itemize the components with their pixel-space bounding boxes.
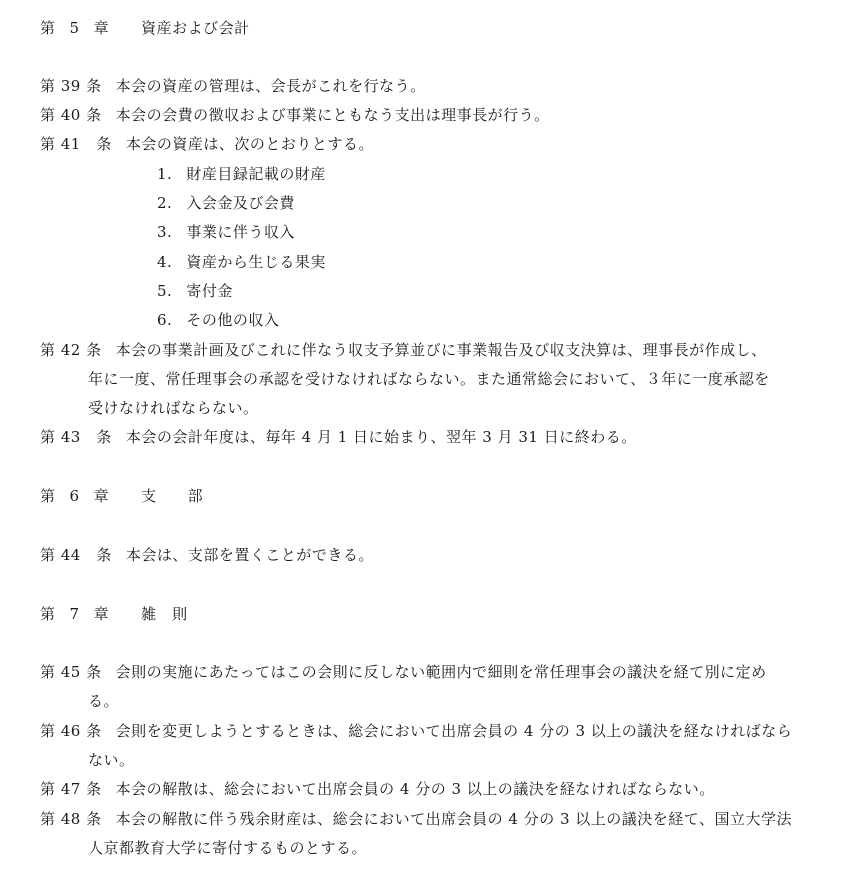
article-label: 第 41 条: [40, 135, 112, 153]
article-text: 本会の解散は、総会において出席会員の 4 分の 3 以上の議決を経なければならな…: [116, 780, 715, 798]
list-item-text: 寄付金: [186, 282, 233, 300]
article-label: 第 46 条: [40, 722, 102, 740]
article-label: 第 40 条: [40, 106, 102, 124]
list-item-text: その他の収入: [186, 311, 279, 329]
article-text: 本会の会計年度は、毎年 4 月 1 日に始まり、翌年 3 月 31 日に終わる。: [126, 428, 637, 446]
article-label: 第 39 条: [40, 77, 102, 95]
chapter-prefix: 第: [40, 605, 56, 623]
article-text-line: 受けなければならない。: [88, 399, 259, 417]
list-item-text: 資産から生じる果実: [186, 253, 326, 271]
article-42-continuation: 受けなければならない。: [88, 398, 259, 418]
list-item-number: 1.: [157, 164, 172, 184]
article-45-continuation: る。: [88, 691, 119, 711]
article-text-line: 本会の解散に伴う残余財産は、総会において出席会員の 4 分の 3 以上の議決を経…: [116, 810, 792, 828]
chapter-5-heading: 第5章資産および会計: [40, 18, 250, 38]
article-48-continuation: 人京都教育大学に寄付するものとする。: [88, 838, 367, 858]
chapter-number: 5: [70, 19, 80, 37]
article-label: 第 43 条: [40, 428, 112, 446]
chapter-suffix: 章: [94, 487, 110, 505]
list-item: 2.入会金及び会費: [157, 193, 295, 213]
article-text: 本会の資産の管理は、会長がこれを行なう。: [116, 77, 426, 95]
chapter-number: 6: [70, 487, 80, 505]
chapter-7-heading: 第7章雑 則: [40, 604, 188, 624]
article-47: 第 47 条本会の解散は、総会において出席会員の 4 分の 3 以上の議決を経な…: [40, 779, 715, 799]
chapter-title: 雑 則: [141, 605, 188, 623]
list-item-number: 6.: [157, 310, 172, 330]
list-item-number: 2.: [157, 193, 172, 213]
article-42: 第 42 条本会の事業計画及びこれに伴なう収支予算並びに事業報告及び収支決算は、…: [40, 340, 767, 360]
article-48: 第 48 条本会の解散に伴う残余財産は、総会において出席会員の 4 分の 3 以…: [40, 809, 792, 829]
list-item: 1.財産目録記載の財産: [157, 164, 326, 184]
article-label: 第 48 条: [40, 810, 102, 828]
chapter-suffix: 章: [94, 19, 110, 37]
list-item-text: 事業に伴う収入: [186, 223, 295, 241]
chapter-suffix: 章: [94, 605, 110, 623]
article-text-line: 年に一度、常任理事会の承認を受けなければならない。また通常総会において、３年に一…: [88, 370, 770, 388]
article-label: 第 47 条: [40, 780, 102, 798]
list-item: 6.その他の収入: [157, 310, 279, 330]
chapter-prefix: 第: [40, 19, 56, 37]
list-item-number: 5.: [157, 281, 172, 301]
article-text: 本会の会費の徴収および事業にともなう支出は理事長が行う。: [116, 106, 550, 124]
article-41: 第 41 条本会の資産は、次のとおりとする。: [40, 134, 374, 154]
article-label: 第 42 条: [40, 341, 102, 359]
list-item-number: 3.: [157, 222, 172, 242]
article-text-line: 人京都教育大学に寄付するものとする。: [88, 839, 367, 857]
article-text-line: 会則の実施にあたってはこの会則に反しない範囲内で細則を常任理事会の議決を経て別に…: [116, 663, 767, 681]
article-text: 本会は、支部を置くことができる。: [126, 546, 374, 564]
chapter-number: 7: [70, 605, 80, 623]
article-text-line: ない。: [88, 751, 135, 769]
article-label: 第 44 条: [40, 546, 112, 564]
article-text-line: 本会の事業計画及びこれに伴なう収支予算並びに事業報告及び収支決算は、理事長が作成…: [116, 341, 767, 359]
list-item: 5.寄付金: [157, 281, 233, 301]
article-45: 第 45 条会則の実施にあたってはこの会則に反しない範囲内で細則を常任理事会の議…: [40, 662, 767, 682]
article-40: 第 40 条本会の会費の徴収および事業にともなう支出は理事長が行う。: [40, 105, 550, 125]
list-item: 4.資産から生じる果実: [157, 252, 326, 272]
article-label: 第 45 条: [40, 663, 102, 681]
article-46: 第 46 条会則を変更しようとするときは、総会において出席会員の 4 分の 3 …: [40, 721, 792, 741]
article-44: 第 44 条本会は、支部を置くことができる。: [40, 545, 374, 565]
chapter-title: 資産および会計: [141, 19, 250, 37]
list-item-text: 入会金及び会費: [186, 194, 295, 212]
article-text-line: る。: [88, 692, 119, 710]
list-item-number: 4.: [157, 252, 172, 272]
article-39: 第 39 条本会の資産の管理は、会長がこれを行なう。: [40, 76, 426, 96]
article-text: 本会の資産は、次のとおりとする。: [126, 135, 374, 153]
list-item: 3.事業に伴う収入: [157, 222, 295, 242]
article-43: 第 43 条本会の会計年度は、毎年 4 月 1 日に始まり、翌年 3 月 31 …: [40, 427, 637, 447]
article-text-line: 会則を変更しようとするときは、総会において出席会員の 4 分の 3 以上の議決を…: [116, 722, 793, 740]
chapter-prefix: 第: [40, 487, 56, 505]
list-item-text: 財産目録記載の財産: [186, 165, 326, 183]
article-42-continuation: 年に一度、常任理事会の承認を受けなければならない。また通常総会において、３年に一…: [88, 369, 770, 389]
chapter-title: 支 部: [141, 487, 203, 505]
chapter-6-heading: 第6章支 部: [40, 486, 203, 506]
article-46-continuation: ない。: [88, 750, 135, 770]
